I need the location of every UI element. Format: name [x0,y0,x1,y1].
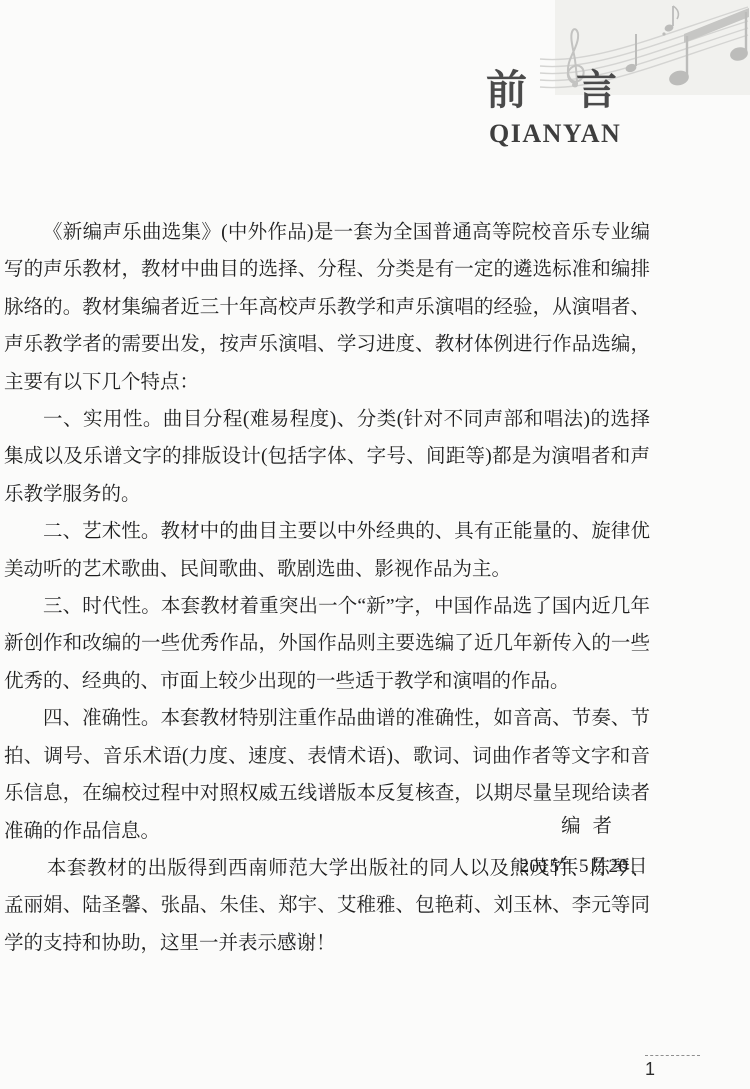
page-subtitle-pinyin: QIANYAN [489,119,621,149]
signature-author: 编 者 [4,810,650,838]
page-title: 前 言 [486,68,621,113]
preface-paragraph: 二、艺术性。教材中的曲目主要以中外经典的、具有正能量的、旋律优美动听的艺术歌曲、… [4,513,650,588]
signature-block: 编 者 2015年5月20日 [4,810,650,878]
page-number: 1 [645,1059,669,1080]
preface-paragraph: 一、实用性。曲目分程(难易程度)、分类(针对不同声部和唱法)的选择集成以及乐谱文… [4,401,650,513]
preface-paragraph: 三、时代性。本套教材着重突出一个“新”字，中国作品选了国内近几年新创作和改编的一… [4,588,650,700]
preface-page: 前 言 QIANYAN 《新编声乐曲选集》(中外作品)是一套为全国普通高等院校音… [0,0,750,1089]
preface-paragraph: 《新编声乐曲选集》(中外作品)是一套为全国普通高等院校音乐专业编写的声乐教材，教… [4,214,650,401]
footer-dashed-rule [645,1055,700,1056]
signature-date: 2015年5月20日 [4,851,650,878]
